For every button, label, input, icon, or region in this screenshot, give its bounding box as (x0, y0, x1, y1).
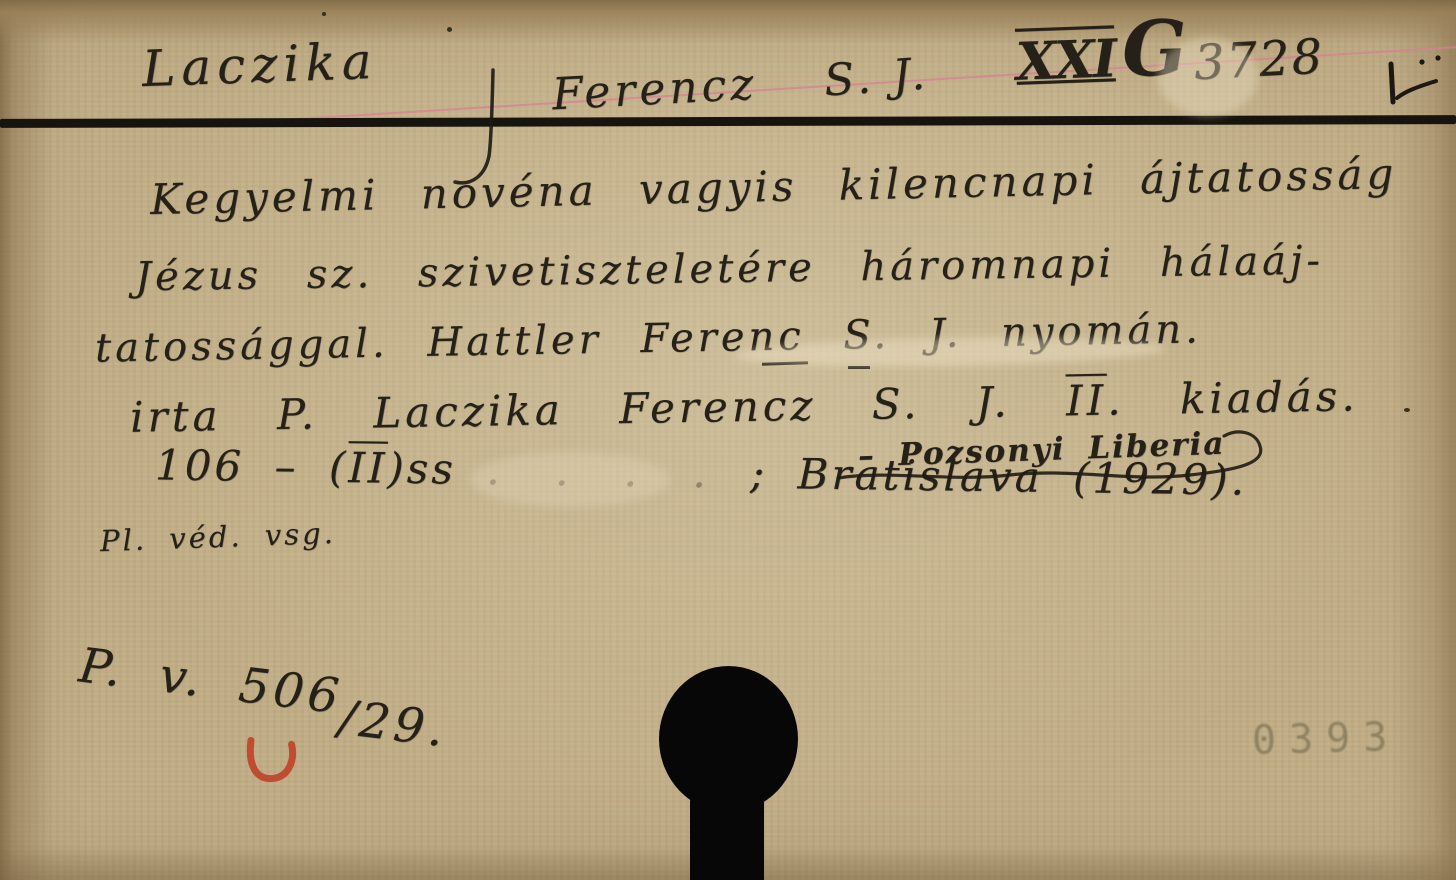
stamp-number: 0393 (1251, 714, 1400, 764)
check-scribble-icon (1382, 50, 1452, 120)
erased-dots: . . . . (486, 445, 720, 497)
shelfmark-number: 3728 (1193, 29, 1326, 92)
paper-speck (1404, 408, 1410, 412)
body-line-4-suffix: . kiadás. (1107, 371, 1359, 424)
paper-speck (322, 12, 326, 16)
shelfmark-roman: XXI (1015, 28, 1116, 92)
collation-suffix: )ss (387, 444, 456, 494)
accession-number: P. v. 506/29. (76, 637, 453, 738)
header-rule (0, 115, 1456, 128)
paper-speck (447, 27, 452, 32)
edition-roman-numeral: II (1066, 376, 1108, 426)
author-surname: Laczika (141, 32, 378, 98)
accession-main: P. v. 506 (76, 637, 345, 725)
punch-hole-circle (659, 666, 798, 812)
collation-roman-numeral: II (348, 443, 388, 493)
body-line-3: tatossággal. Hattler Ferenc S. J. nyomán… (95, 306, 1202, 371)
author-order: S. J. (822, 48, 930, 106)
separator-stroke (445, 58, 515, 193)
body-line-2: Jézus sz. szivetiszteletére háromnapi há… (135, 238, 1324, 301)
author-given-name: Ferencz (551, 59, 759, 121)
shelfmark-letter: G (1120, 3, 1188, 94)
collation-prefix: 106 – ( (155, 440, 349, 492)
red-check-icon (240, 725, 312, 794)
punch-hole-stem (690, 792, 764, 880)
underline-dash (848, 366, 870, 369)
body-line-1: Kegyelmi novéna vagyis kilencnapi ájtato… (150, 149, 1398, 224)
body-line-6: Pl. véd. vsg. (99, 516, 336, 558)
annotation-loop (830, 420, 1280, 495)
underline-dash (762, 361, 808, 366)
accession-fraction: /29. (336, 690, 451, 759)
catalog-card: Laczika Ferencz S. J. XXI G 3728 Kegyelm… (0, 0, 1456, 880)
